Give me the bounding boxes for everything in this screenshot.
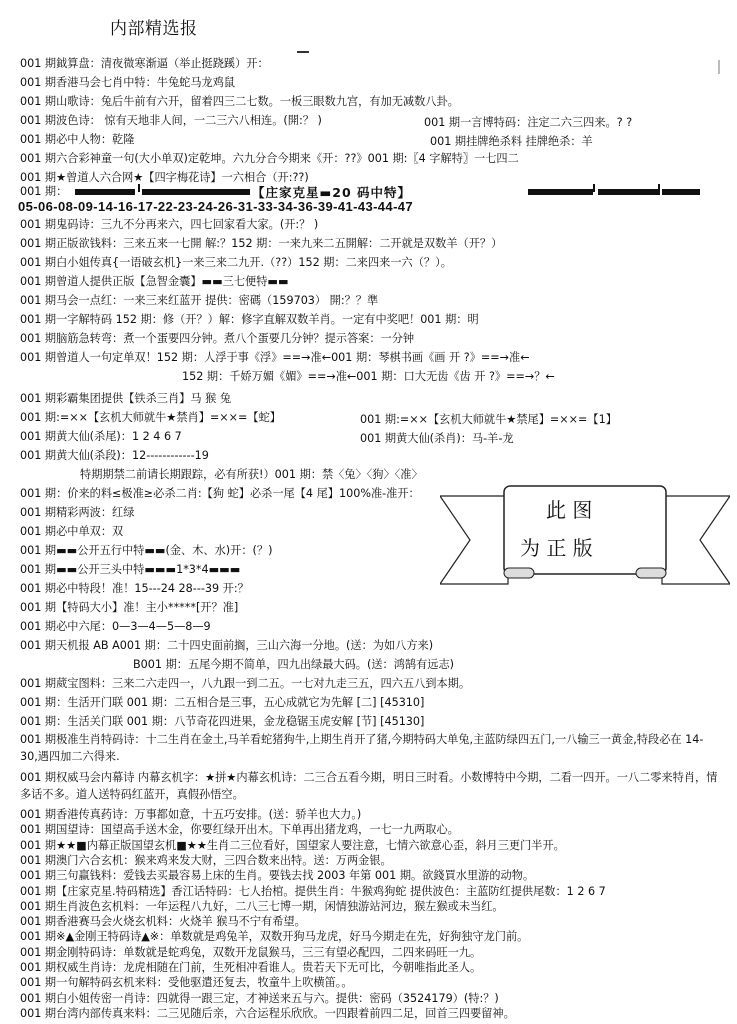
text-line: 001 期香港传真药诗：万事都如意，十五巧安排。(送：骄羊也大力。) xyxy=(20,808,361,822)
text-line: 001 期：生活开门联 001 期：二五相合是三事，五心成就它为先解 [二] [… xyxy=(20,696,424,710)
bar-segment xyxy=(528,189,593,195)
text-line: 001 期香港马会七肖中特：牛兔蛇马龙鸡鼠 xyxy=(20,76,235,90)
text-line: 001 期▬▬公开五行中特▬▬(金、木、水)开：(？) xyxy=(20,544,272,558)
bar-stem xyxy=(138,184,140,192)
text-line: 001 期曾道人一句定单双！152 期：人浮于事《浮》==→准←001 期：琴棋… xyxy=(20,351,530,365)
text-line: 001 期香港赛马会火烧玄机料：火烧羊 猴马不宁有希望。 xyxy=(20,915,306,929)
text-line: 001 期※▲金刚王特码诗▲※：单数就是鸡兔羊，双数开狗马龙虎，好马今期走在先，… xyxy=(20,930,528,944)
text-line: 001 期生肖波色玄机料：一年运程八九好，二八三七博一期，闲情独游站河边，猴左猴… xyxy=(20,900,504,914)
bar-segment xyxy=(75,189,135,195)
text-line: 001 期黄大仙(杀段)：12------------19 xyxy=(20,449,209,463)
zhuangjia-banner-row: 001 期： 【庄家克星▬20 码中特】 xyxy=(20,183,720,199)
text-line: 001 期国望诗：国望高手送木金，你要红绿开出木。下单再出猪龙鸡，一七一九两取心… xyxy=(20,823,459,837)
text-line: 001 期白小姐传密一肖诗：四就得一跟三定，才神送来五与六。提供：密码（3524… xyxy=(20,992,499,1006)
text-line: 001 期金刚特码诗：单数就是蛇鸡兔，双数开龙鼠猴马，三三有望必配四，二四来码旺… xyxy=(20,946,481,960)
text-line: 001 期曾道人提供正版【急智金囊】▬▬三七便特▬▬ xyxy=(20,275,289,289)
text-line: 001 期鬼码诗：三九不分再来六，四七回家看大家。(开:？ ) xyxy=(20,218,318,232)
page-title: 内部精选报 xyxy=(110,14,198,39)
stamp-line-1: 此 图 xyxy=(546,494,592,523)
text-line: 001 期：价来的料≤极准≥必杀二肖:【狗 蛇】必杀一尾【4 尾】100%准-准… xyxy=(20,487,420,501)
text-line: 001 期:=××【玄机大师就牛★禁尾】=××=【1】 xyxy=(360,411,617,427)
text-line: 001 期必中特段！准！15---24 28---39 开:？ xyxy=(20,582,249,596)
text-line: 001 期必中六尾：0—3—4—5—8—9 xyxy=(20,620,211,634)
text-line: 001 期台湾内部传真来料：二三见随后亲，六合运程乐欣欣。一四跟着前四二足，回首… xyxy=(20,1007,515,1021)
bar-stem xyxy=(658,184,660,192)
text-line: 001 期挂牌绝杀料 挂牌绝杀：羊 xyxy=(430,133,593,149)
text-line: 001 期葳宝图料：三来二六走四一，八九跟一到二五。一七对九走三五，四六五八到本… xyxy=(20,677,470,691)
text-line: 001 期黄大仙(杀肖)：马-羊-龙 xyxy=(360,430,514,446)
bar-stem xyxy=(593,184,595,192)
text-line: 001 期极准生肖特码诗：十二生肖在金土,马羊看蛇猪狗牛,上期生肖开了猪,今期特… xyxy=(20,731,720,765)
text-line: 001 期:=××【玄机大师就牛★禁肖】=××=【蛇】 xyxy=(20,411,281,425)
text-line: 001 期必中单双：双 xyxy=(20,525,123,539)
edge-mark xyxy=(718,60,720,74)
text-line: 001 期【特码大小】准！主小*****[开？准] xyxy=(20,601,238,615)
text-line: 001 期马会一点红：一来三来红蓝开 提供：密碼（159703） 開:？？準 xyxy=(20,294,378,308)
text-line: 001 期一字解特码 152 期：修（开？）解：修字直解双数羊肖。一定有中奖吧！… xyxy=(20,313,479,327)
text-line: 001 期权威生肖诗：龙虎相随在门前，生死相冲看谁人。贵若天下无可比，今朝唯指此… xyxy=(20,961,481,975)
text-line: 001 期白小姐传真{一语破玄机}一来三来二九开.（??）152 期：二来四来一… xyxy=(20,256,452,270)
authentic-version-stamp: 此 图 为 正 版 xyxy=(440,484,730,604)
text-line: 001 期▬▬公开三头中特▬▬▬1*3*4▬▬▬ xyxy=(20,563,240,577)
text-line: 001 期精彩两波：红绿 xyxy=(20,506,134,520)
text-line: 001 期【庄家克星.特码精选】香江话特码：七人抬棺。提供生肖：牛猴鸡狗蛇 提供… xyxy=(20,885,606,899)
bar-segment xyxy=(662,189,700,195)
text-line: 001 期必中人物：乾隆 xyxy=(20,133,134,147)
bar-segment xyxy=(142,189,250,195)
text-line: B001 期：五尾今期不简单，四九出绿最大码。(送：鸿鹄有远志) xyxy=(133,658,454,672)
decorative-mark xyxy=(297,51,309,53)
banner-prefix: 001 期： xyxy=(20,183,67,199)
text-line: 001 期天机报 AB A001 期：二十四史面前搁，三山六海一分地。(送：为如… xyxy=(20,639,433,653)
text-line: 001 期波色诗： 惊有天地非人间，一二三六八相连。(開:？ ) xyxy=(20,114,322,128)
stamp-line-2: 为 正 版 xyxy=(520,532,593,561)
text-line: 001 期脑筋急转弯：煮一个蛋要四分钟。煮八个蛋要几分钟？提示答案：一分钟 xyxy=(20,332,414,346)
text-line: 特期期禁二前请长期跟踪，必有所获!）001 期：禁〈兔〉〈狗〉〈准〉 xyxy=(80,468,423,482)
text-line: 001 期正版欲钱料：三来五来一七開 解:？152 期：一来九来二五開解：二开就… xyxy=(20,237,502,251)
twenty-numbers: 05-06-08-09-14-16-17-22-23-24-26-31-33-3… xyxy=(18,199,413,214)
text-line: 001 期一言博特码：注定二六三四来。? ? xyxy=(424,114,632,130)
text-line: 001 期彩霸集团提供【铁杀三肖】马 猴 兔 xyxy=(20,392,231,406)
text-line: 001 期鉞算盘：清夜微寒渐逼（举止挺跷蹊）开： xyxy=(20,57,269,71)
text-line: 001 期六合彩神童一句(大小单双)定乾坤。六九分合今期来《开：??》001 期… xyxy=(20,152,519,166)
text-line: 001 期黄大仙(杀尾)：1 2 4 6 7 xyxy=(20,430,182,444)
text-line: 001 期山歌诗：兔后牛前有六开，留着四三二七数。一板三眼数九宫，有加无减数八卦… xyxy=(20,95,459,109)
text-line: 001 期三句赢钱料：爱钱去买最容易上床的生肖。要钱去找 2003 年第 001… xyxy=(20,869,534,883)
text-line: 001 期★★■内幕正版国望玄机■★★生肖二三位看好，国望家人要注意，七情六欲意… xyxy=(20,839,565,853)
text-line: 001 期一句解特码玄机来料：受他驱遣还复去，牧童牛上吹横笛。。 xyxy=(20,976,353,990)
text-line: 001 期澳门六合玄机：猴来鸡来发大财，三四合数来出特。送：万两金银。 xyxy=(20,854,392,868)
text-line: 152 期：千娇万媚《媚》==→准←001 期：口大无齿《齿 开 ?》==→？← xyxy=(182,370,555,384)
bar-segment xyxy=(598,189,660,195)
text-line: 001 期：生活关门联 001 期：八节奇花四进果，金龙稳锯玉虎安解 [节] [… xyxy=(20,715,424,729)
text-line: 001 期权威马会内幕诗 内幕玄机字：★拼★内幕玄机诗：二三合五看今期，明日三时… xyxy=(20,769,720,803)
